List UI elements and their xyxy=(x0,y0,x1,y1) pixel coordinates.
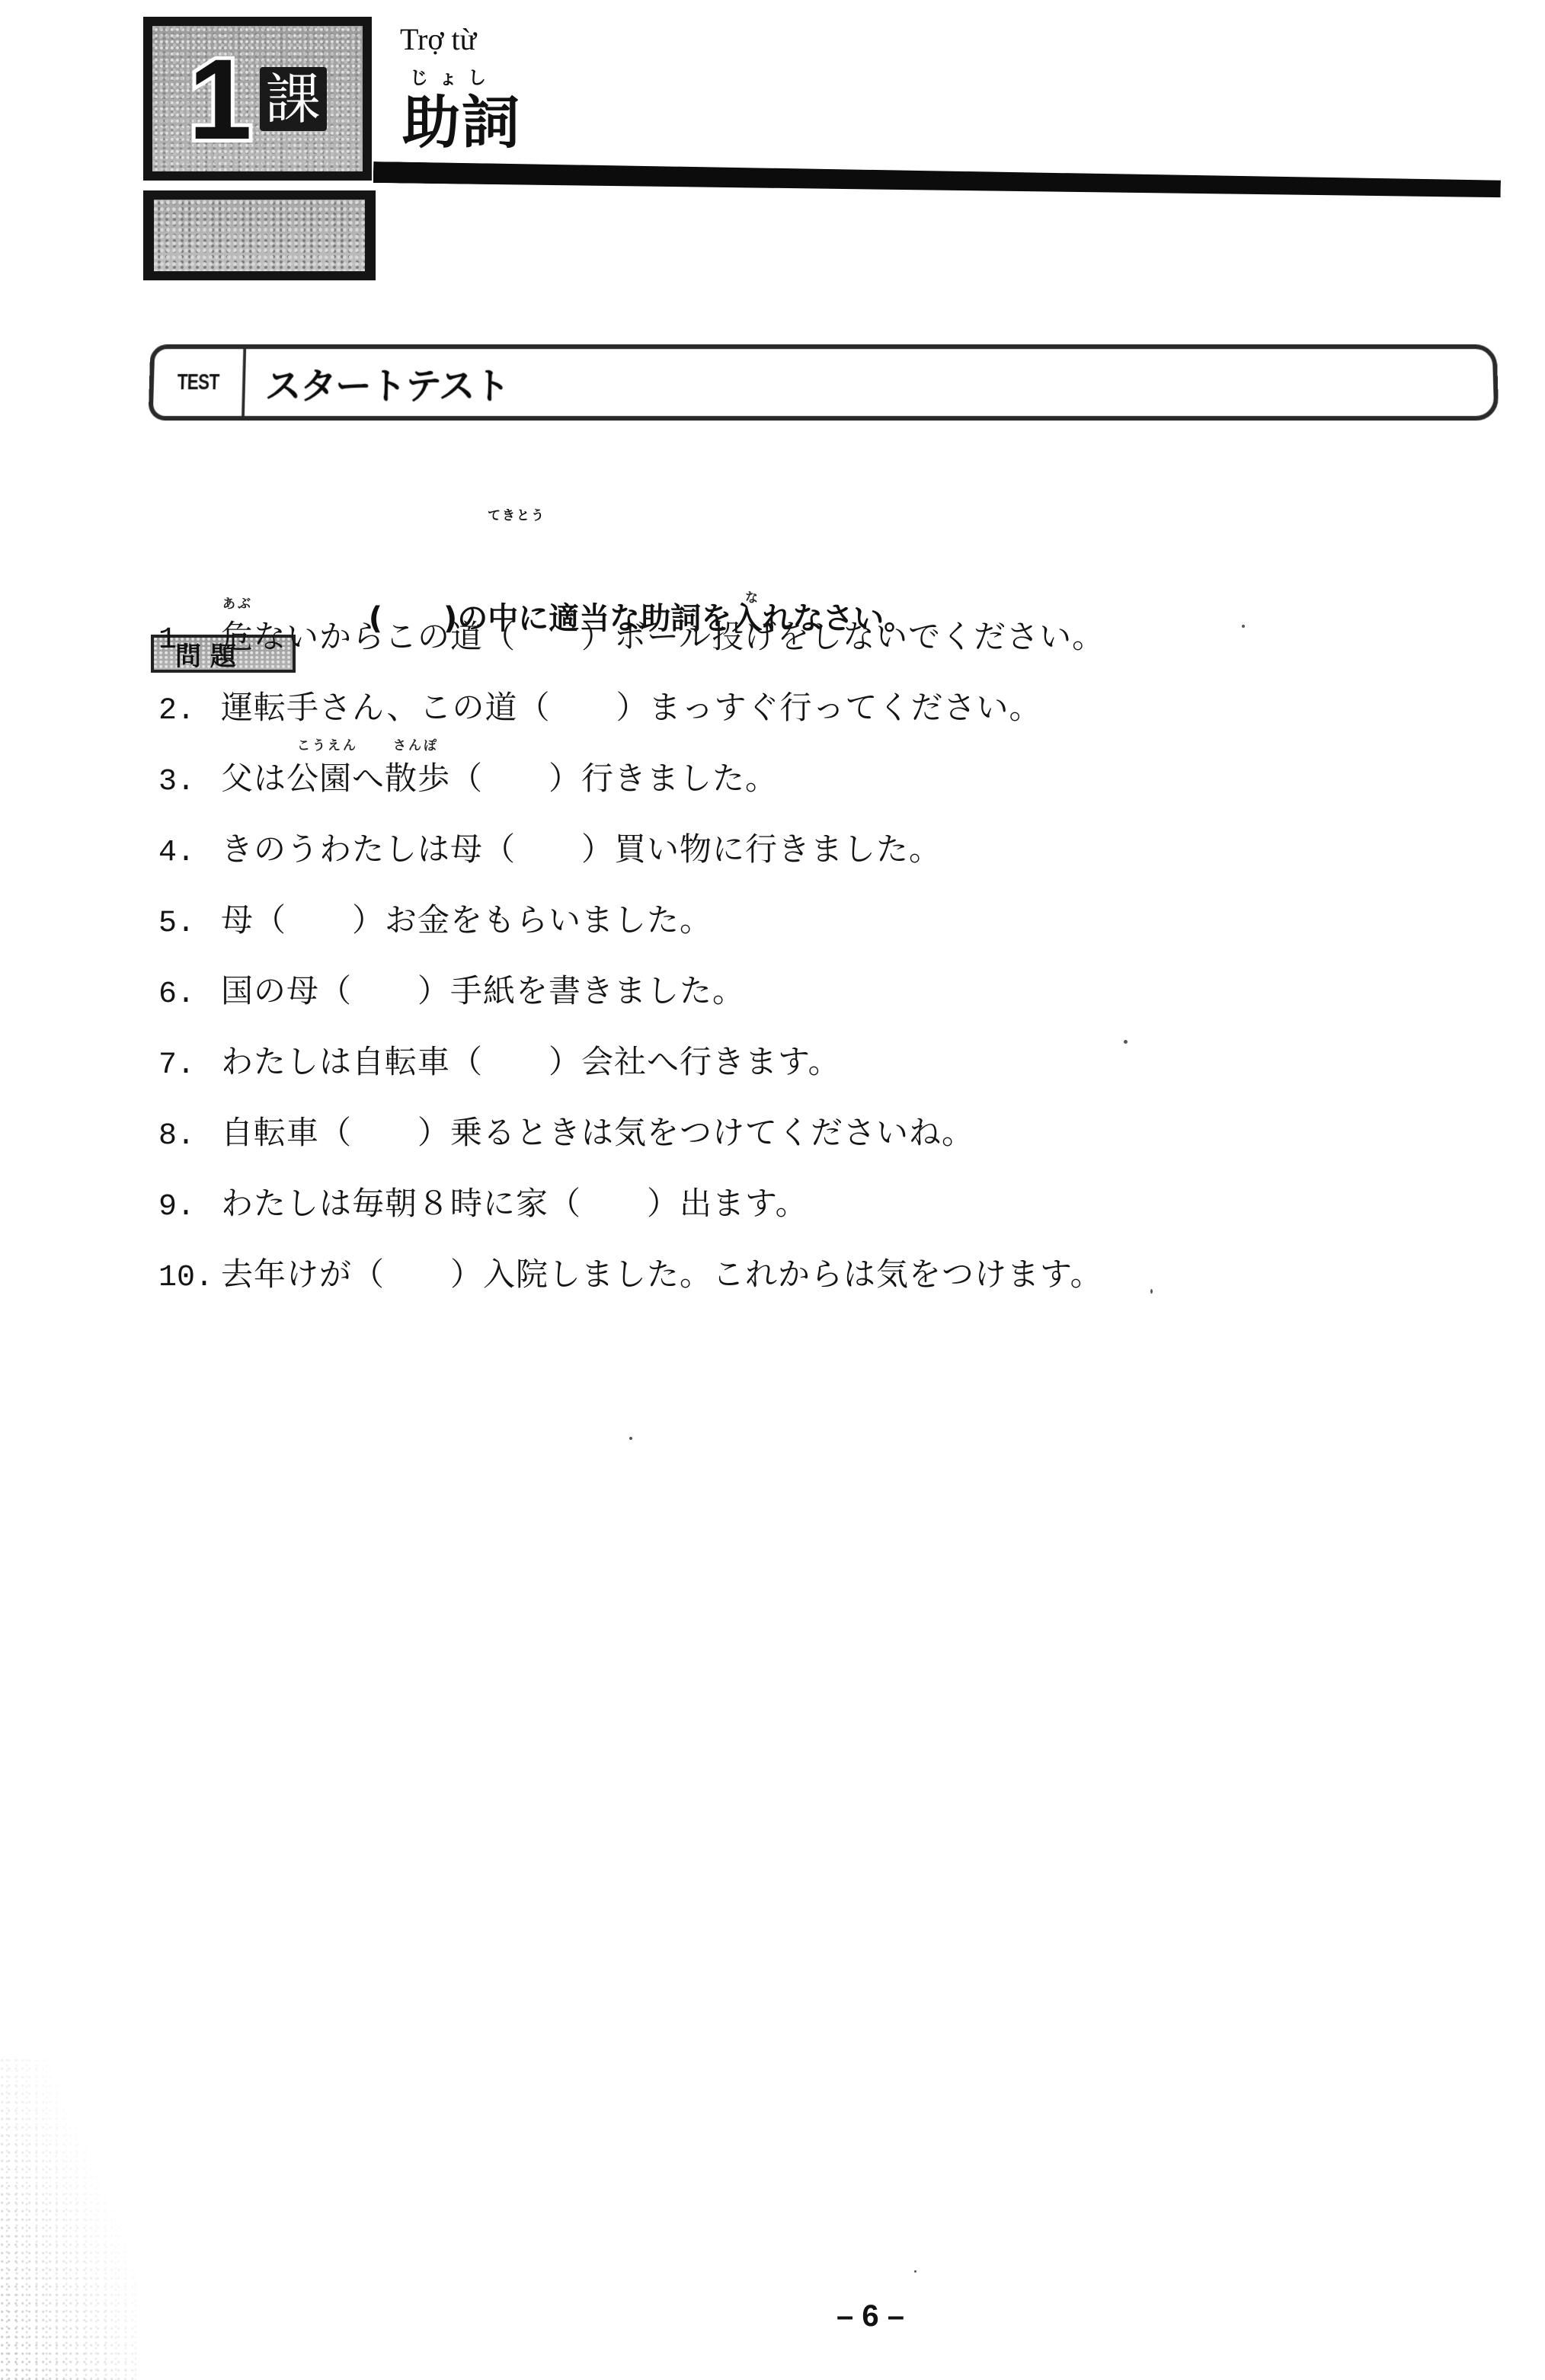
question-item: あぶ な 1. 危ないからこの道（ ）ボール投げをしないでください。 xyxy=(158,587,1105,657)
question-item: 4. きのうわたしは母（ ）買い物に行きました。 xyxy=(158,799,1105,870)
question-item: こうえん さんぽ 3. 父は公園へ散歩（ ）行きました。 xyxy=(158,728,1105,799)
question-text: わたしは自転車（ ）会社へ行きます。 xyxy=(221,1037,841,1083)
furigana: な xyxy=(745,587,760,606)
scan-speck xyxy=(1242,625,1245,628)
question-number: 1. xyxy=(158,623,221,657)
question-item: 5. 母（ ）お金をもらいました。 xyxy=(158,870,1105,941)
question-text: きのうわたしは母（ ）買い物に行きました。 xyxy=(221,824,942,870)
test-tag: TEST xyxy=(153,349,246,416)
lesson-decoration-box xyxy=(143,190,376,280)
question-number: 2. xyxy=(158,694,221,728)
question-number: 5. xyxy=(158,907,221,941)
lesson-kanji: 課 xyxy=(266,67,321,131)
question-item: 7. わたしは自転車（ ）会社へ行きます。 xyxy=(158,1012,1105,1083)
question-text: 国の母（ ）手紙を書きました。 xyxy=(221,966,745,1012)
scan-speck xyxy=(914,2270,916,2273)
furigana: さんぽ xyxy=(393,734,439,753)
page-number: – 6 – xyxy=(836,2299,904,2334)
lesson-number-box: 1 課 xyxy=(143,17,372,181)
question-number: 3. xyxy=(158,765,221,799)
scan-noise xyxy=(0,2057,137,2380)
question-list: あぶ な 1. 危ないからこの道（ ）ボール投げをしないでください。 2. 運転… xyxy=(158,587,1105,1295)
header-rule-divider xyxy=(373,162,1501,200)
question-item: 2. 運転手さん、この道（ ）まっすぐ行ってください。 xyxy=(158,657,1105,728)
question-item: 9. わたしは毎朝８時に家（ ）出ます。 xyxy=(158,1153,1105,1224)
test-title: スタートテスト xyxy=(264,357,509,409)
start-test-banner: TEST スタートテスト xyxy=(149,344,1499,421)
question-item: 6. 国の母（ ）手紙を書きました。 xyxy=(158,941,1105,1012)
question-number: 4. xyxy=(158,836,221,870)
furigana: あぶ xyxy=(222,593,253,612)
lesson-title-vietnamese: Trợ từ xyxy=(400,21,476,57)
question-text: 運転手さん、この道（ ）まっすぐ行ってください。 xyxy=(221,683,1042,728)
question-text: 危ないからこの道（ ）ボール投げをしないでください。 xyxy=(221,612,1105,657)
question-text: 母（ ）お金をもらいました。 xyxy=(221,895,712,941)
furigana: こうえん xyxy=(297,734,358,753)
lesson-kanji-box: 課 xyxy=(260,67,327,131)
question-number: 8. xyxy=(158,1119,221,1153)
question-number: 9. xyxy=(158,1190,221,1224)
lesson-decoration-texture xyxy=(154,200,365,271)
scan-speck xyxy=(629,1437,632,1440)
scan-speck xyxy=(1124,1040,1128,1044)
question-text: 自転車（ ）乗るときは気をつけてくださいね。 xyxy=(221,1108,974,1153)
question-item: 8. 自転車（ ）乗るときは気をつけてくださいね。 xyxy=(158,1083,1105,1153)
question-text: 父は公園へ散歩（ ）行きました。 xyxy=(221,753,778,799)
lesson-title-japanese: 助詞 xyxy=(402,76,521,159)
question-text: わたしは毎朝８時に家（ ）出ます。 xyxy=(221,1179,808,1224)
lesson-number: 1 xyxy=(188,42,248,156)
question-text: 去年けが（ ）入院しました。これからは気をつけます。 xyxy=(221,1249,1103,1295)
question-number: 10. xyxy=(158,1261,221,1295)
lesson-number-texture: 1 課 xyxy=(152,26,363,171)
scan-speck xyxy=(1150,1289,1153,1294)
question-number: 6. xyxy=(158,977,221,1012)
question-item: 10. 去年けが（ ）入院しました。これからは気をつけます。 xyxy=(158,1224,1105,1295)
question-number: 7. xyxy=(158,1048,221,1083)
instruction-furigana: てきとう xyxy=(488,504,545,523)
